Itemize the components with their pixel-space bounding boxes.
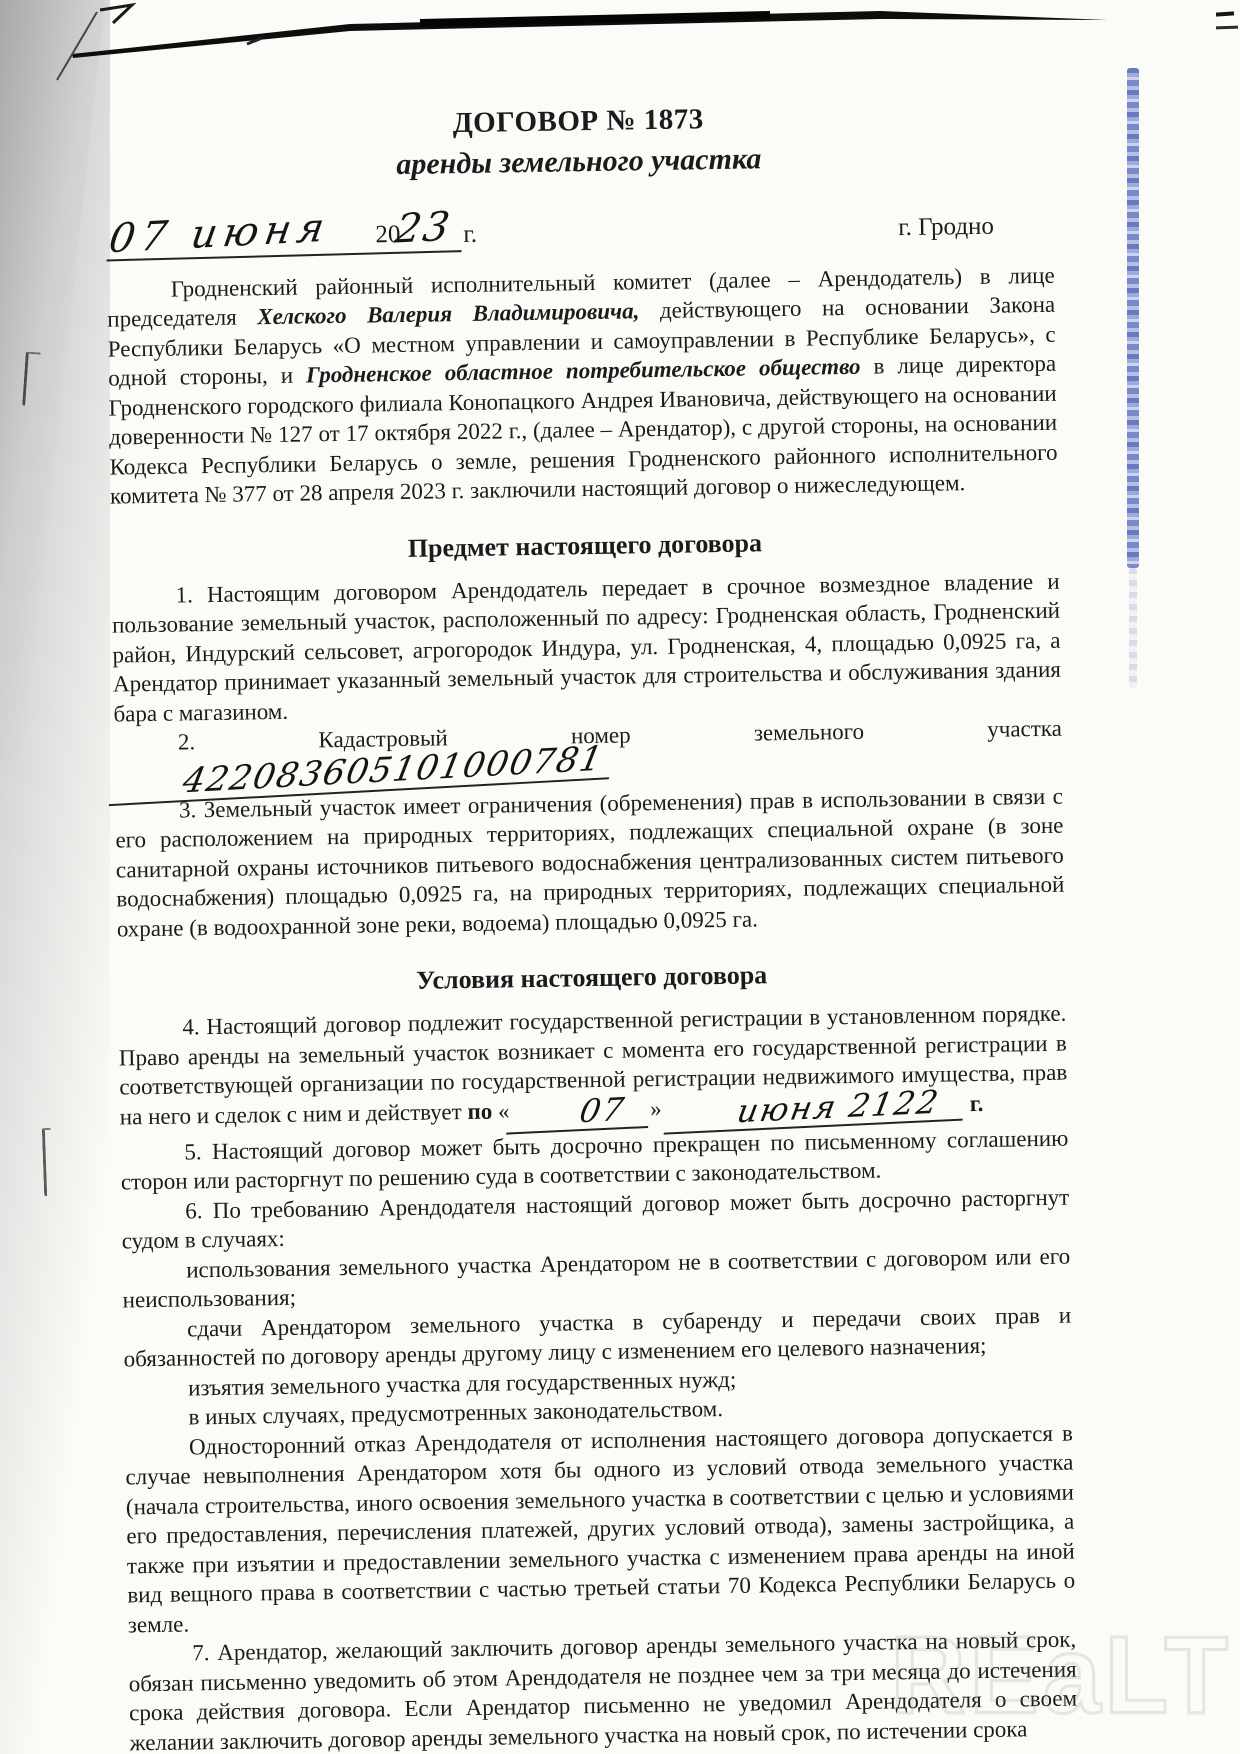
preamble: Гродненский районный исполнительный коми… bbox=[107, 260, 1059, 511]
staple-mark bbox=[42, 1128, 53, 1196]
contract-document: ДОГОВОР № 1873 аренды земельного участка… bbox=[104, 96, 1078, 1754]
scan-corner-mark bbox=[1216, 12, 1238, 29]
text-segment: Гродненское областное потребительское об… bbox=[306, 354, 861, 388]
text-segment: по bbox=[467, 1098, 492, 1123]
section-subject-heading: Предмет настоящего договора bbox=[111, 522, 1059, 569]
section-conditions-heading: Условия настоящего договора bbox=[117, 955, 1065, 1002]
text-segment: сдачи Арендатором земельного участка в с… bbox=[123, 1302, 1071, 1371]
clause-7: 7. Арендатор, желающий заключить договор… bbox=[128, 1625, 1078, 1754]
handwritten-text: 07 bbox=[506, 1091, 654, 1134]
dateline-row: 07 июня 20 23 г. г. Гродно bbox=[106, 200, 1055, 259]
blue-security-strip-tail bbox=[1129, 568, 1137, 688]
handwritten-year: 23 bbox=[393, 207, 455, 250]
scan-left-edge-shadow bbox=[0, 0, 110, 1754]
text-segment: 3. Земельный участок имеет ограничения (… bbox=[115, 783, 1064, 941]
date-underline: 07 июня 20 23 bbox=[105, 207, 461, 261]
staple-mark bbox=[22, 352, 41, 407]
clause-4: 4. Настоящий договор подлежит государств… bbox=[118, 999, 1068, 1138]
clause-6-unilateral: Односторонний отказ Арендодателя от испо… bbox=[125, 1418, 1076, 1639]
text-segment: Односторонний отказ Арендодателя от испо… bbox=[125, 1420, 1075, 1637]
scanned-contract-page: { "scan": { "watermark": "REaLT" }, "hea… bbox=[0, 0, 1240, 1754]
contract-place: г. Гродно bbox=[898, 211, 1054, 243]
scan-page-fold bbox=[0, 0, 120, 760]
text-segment: « bbox=[492, 1098, 510, 1123]
contract-date: 07 июня 20 23 г. bbox=[106, 209, 478, 259]
text-segment: Хелского Валерия Владимировича, bbox=[257, 298, 640, 329]
blue-security-strip bbox=[1127, 68, 1139, 568]
clause-1: 1. Настоящим договором Арендодатель пере… bbox=[111, 566, 1061, 728]
document-body: Гродненский районный исполнительный коми… bbox=[107, 260, 1078, 1754]
handwritten-day-month: 07 июня bbox=[106, 208, 333, 260]
clause-3: 3. Земельный участок имеет ограничения (… bbox=[115, 781, 1065, 943]
date-suffix: г. bbox=[463, 220, 477, 250]
text-segment: 7. Арендатор, желающий заключить договор… bbox=[129, 1627, 1078, 1754]
text-segment: 1. Настоящим договором Арендодатель пере… bbox=[112, 568, 1061, 726]
scan-top-edge-artifact bbox=[0, 0, 1240, 90]
